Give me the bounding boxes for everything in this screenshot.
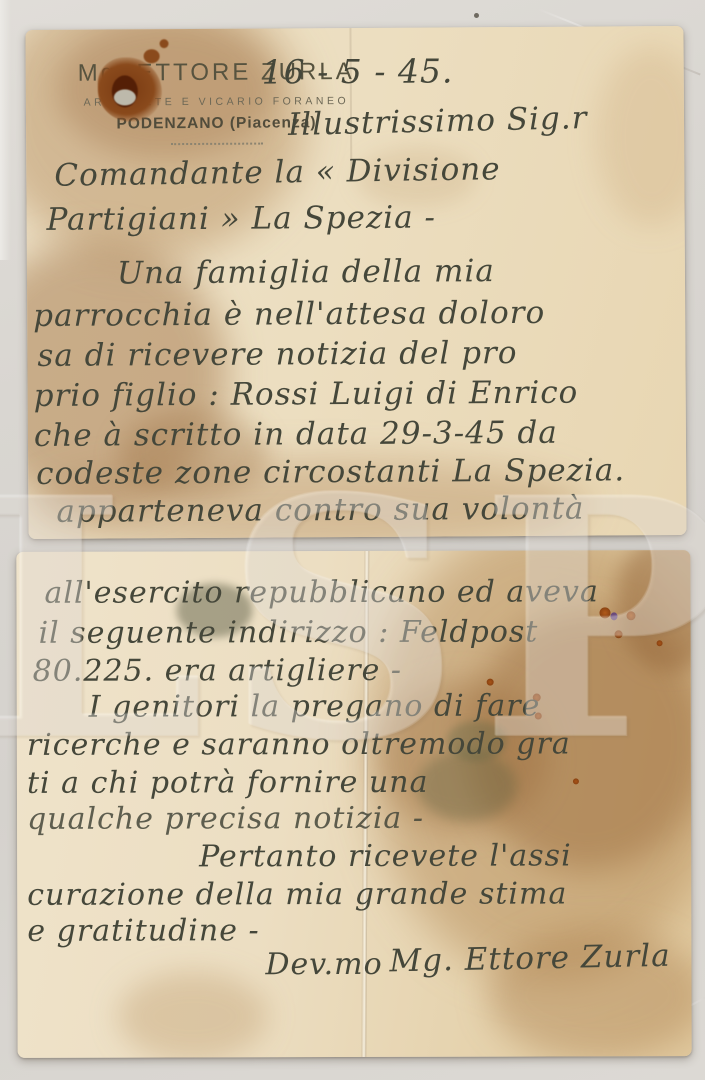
handwriting-line: 80.225. era artigliere - xyxy=(33,653,402,690)
rust-spot xyxy=(573,778,579,784)
photo-backdrop: Mg. ETTORE ZURLA ARCIPRETE E VICARIO FOR… xyxy=(0,0,705,1080)
signature-handwritten: Mg. Ettore Zurla xyxy=(389,938,671,980)
handwriting-line: all'esercito repubblicano ed aveva xyxy=(44,574,598,611)
handwriting-line: ti a chi potrà fornire una xyxy=(27,765,429,802)
handwriting-line: Illustrissimo Sig.r xyxy=(288,100,588,143)
ink-stain-highlight xyxy=(114,89,136,105)
letter-card-back: all'esercito repubblicano ed aveva il se… xyxy=(16,550,691,1058)
handwriting-line: I genitori la pregano di fare xyxy=(89,689,541,726)
stain-patch xyxy=(117,971,267,1058)
stain-patch xyxy=(616,550,691,670)
closing-handwritten: Dev.mo xyxy=(265,947,382,983)
handwriting-line: curazione della mia grande stima xyxy=(27,876,567,913)
backdrop-speck xyxy=(474,13,479,18)
ink-spot xyxy=(610,612,617,620)
handwriting-line: qualche precisa notizia - xyxy=(27,801,424,838)
rust-spot xyxy=(657,640,663,646)
handwriting-line: il seguente indirizzo : Feldpost xyxy=(39,615,539,652)
rust-spot xyxy=(599,607,610,618)
handwriting-line: sa di ricevere notizia del pro xyxy=(37,335,517,374)
date-handwritten: 16 - 5 - 45. xyxy=(262,53,454,90)
ink-stain-blob xyxy=(160,39,169,48)
stain-patch xyxy=(596,46,687,227)
handwriting-line: Comandante la « Divisione xyxy=(54,151,501,194)
handwriting-line: ricerche e saranno oltremodo gra xyxy=(27,726,571,763)
handwriting-line: Una famiglia della mia xyxy=(117,253,495,291)
rust-spot xyxy=(626,611,635,620)
handwriting-line: prio figlio : Rossi Luigi di Enrico xyxy=(34,375,579,414)
letterhead-divider xyxy=(171,143,263,146)
handwriting-line: Partigiani » La Spezia - xyxy=(47,200,437,238)
handwriting-line: e gratitudine - xyxy=(27,913,259,950)
backdrop-paper-edge xyxy=(0,0,11,260)
letter-card-front: Mg. ETTORE ZURLA ARCIPRETE E VICARIO FOR… xyxy=(25,26,686,539)
ink-stain-blob xyxy=(144,49,160,63)
handwriting-line: Pertanto ricevete l'assi xyxy=(199,838,572,875)
handwriting-line: che à scritto in data 29-3-45 da xyxy=(34,415,558,454)
rust-spot xyxy=(487,679,494,686)
rust-spot xyxy=(615,630,623,638)
handwriting-line: codeste zone circostanti La Spezia. xyxy=(36,452,625,492)
handwriting-line: parrocchia è nell'attesa doloro xyxy=(33,295,545,334)
handwriting-line: apparteneva contro sua volontà xyxy=(56,491,584,530)
